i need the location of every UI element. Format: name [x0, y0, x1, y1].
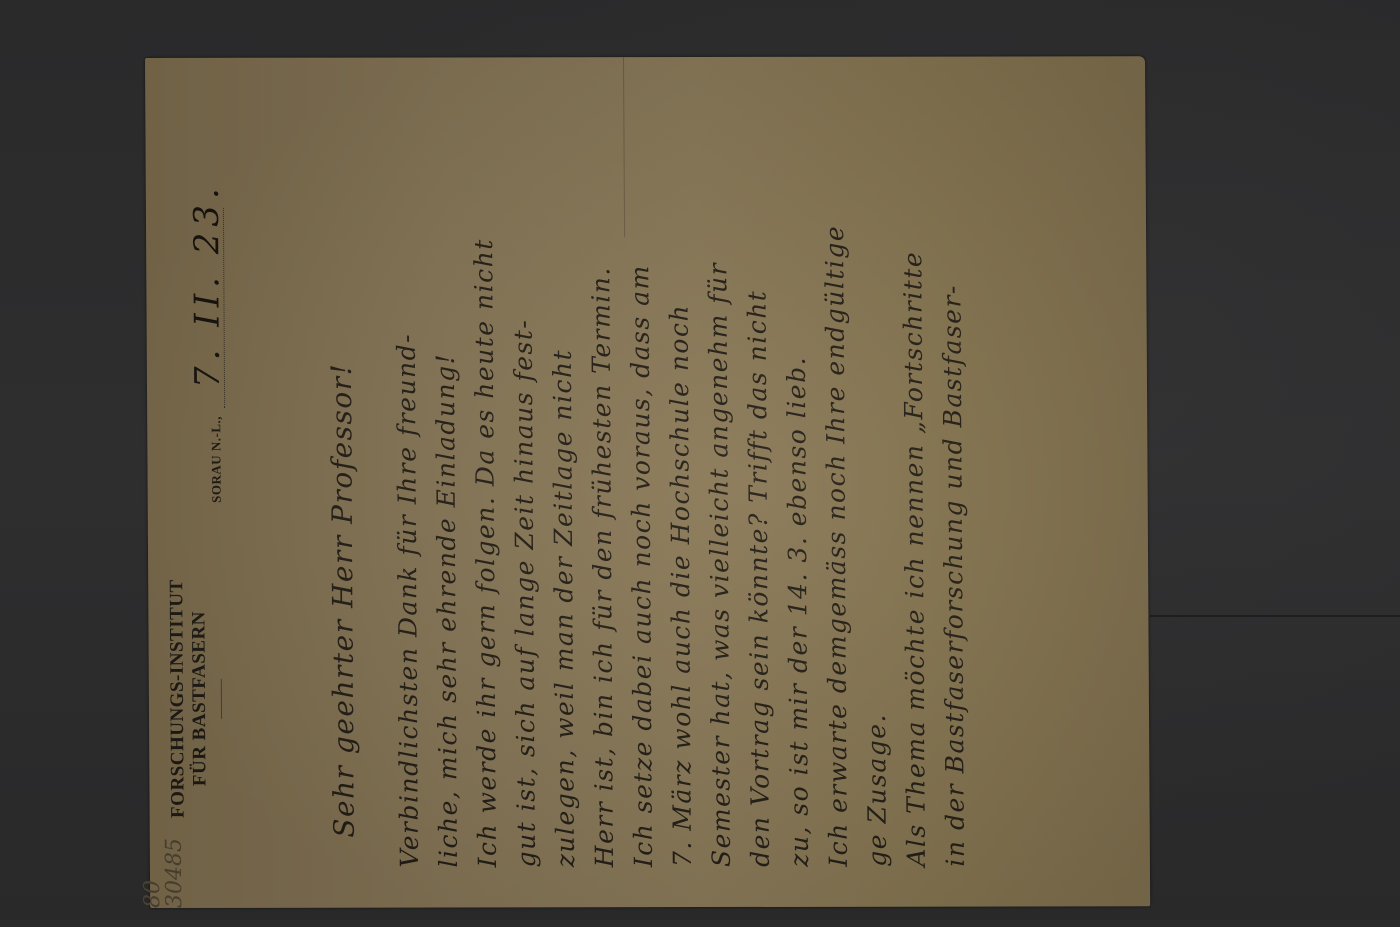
- letterhead-institute: FORSCHUNGS-INSTITUT: [166, 579, 189, 818]
- background-fold-line: [1150, 615, 1400, 617]
- letter-body: Sehr geehrter Herr Professor! Verbindlic…: [305, 77, 975, 868]
- letter-line: Ich setze dabei auch noch voraus, dass a…: [619, 77, 663, 867]
- letter-sheet: 80 30485 FORSCHUNGS-INSTITUT FÜR BASTFAS…: [145, 56, 1150, 908]
- letter-line: ge Zusage.: [853, 77, 897, 867]
- letter-date: 7. II. 23.: [187, 182, 228, 388]
- letter-line: Verbindlichsten Dank für Ihre freund-: [385, 78, 429, 868]
- letter-line: Semester hat, was vielleicht angenehm fü…: [697, 77, 741, 867]
- archive-pencil-mark: 80 30485: [142, 838, 186, 908]
- letter-line: Ich erwarte demgemäss noch Ihre endgülti…: [814, 77, 858, 867]
- letterhead: FORSCHUNGS-INSTITUT FÜR BASTFASERN: [166, 579, 222, 818]
- archive-mark-line2: 30485: [164, 838, 186, 908]
- letter-line: 7. März wohl auch die Hochschule noch: [658, 77, 702, 867]
- letter-line: Als Thema möchte ich nennen „Fortschritt…: [892, 77, 936, 867]
- letterhead-subtitle: FÜR BASTFASERN: [188, 579, 211, 818]
- place-date-line: SORAU N.-L., 7. II. 23.: [206, 208, 226, 503]
- letter-content-rotated: 80 30485 FORSCHUNGS-INSTITUT FÜR BASTFAS…: [145, 56, 1150, 908]
- date-dotted-field: 7. II. 23.: [207, 208, 225, 408]
- letter-line: zulegen, weil man der Zeitlage nicht: [541, 77, 585, 867]
- letter-line: gut ist, sich auf lange Zeit hinaus fest…: [502, 77, 546, 867]
- place-label: SORAU N.-L.,: [208, 416, 224, 503]
- letter-line: Ich werde ihr gern folgen. Da es heute n…: [463, 77, 507, 867]
- salutation: Sehr geehrter Herr Professor!: [305, 78, 390, 868]
- archive-mark-line1: 80: [142, 838, 164, 908]
- letter-line: zu, so ist mir der 14. 3. ebenso lieb.: [775, 77, 819, 867]
- letter-line: liche, mich sehr ehrende Einladung!: [424, 77, 468, 867]
- letterhead-rule: [221, 679, 222, 719]
- letter-line: in der Bastfaserforschung und Bastfaser-: [931, 77, 975, 867]
- letter-line: Herr ist, bin ich für den frühesten Term…: [580, 77, 624, 867]
- letter-line: den Vortrag sein könnte? Trifft das nich…: [736, 77, 780, 867]
